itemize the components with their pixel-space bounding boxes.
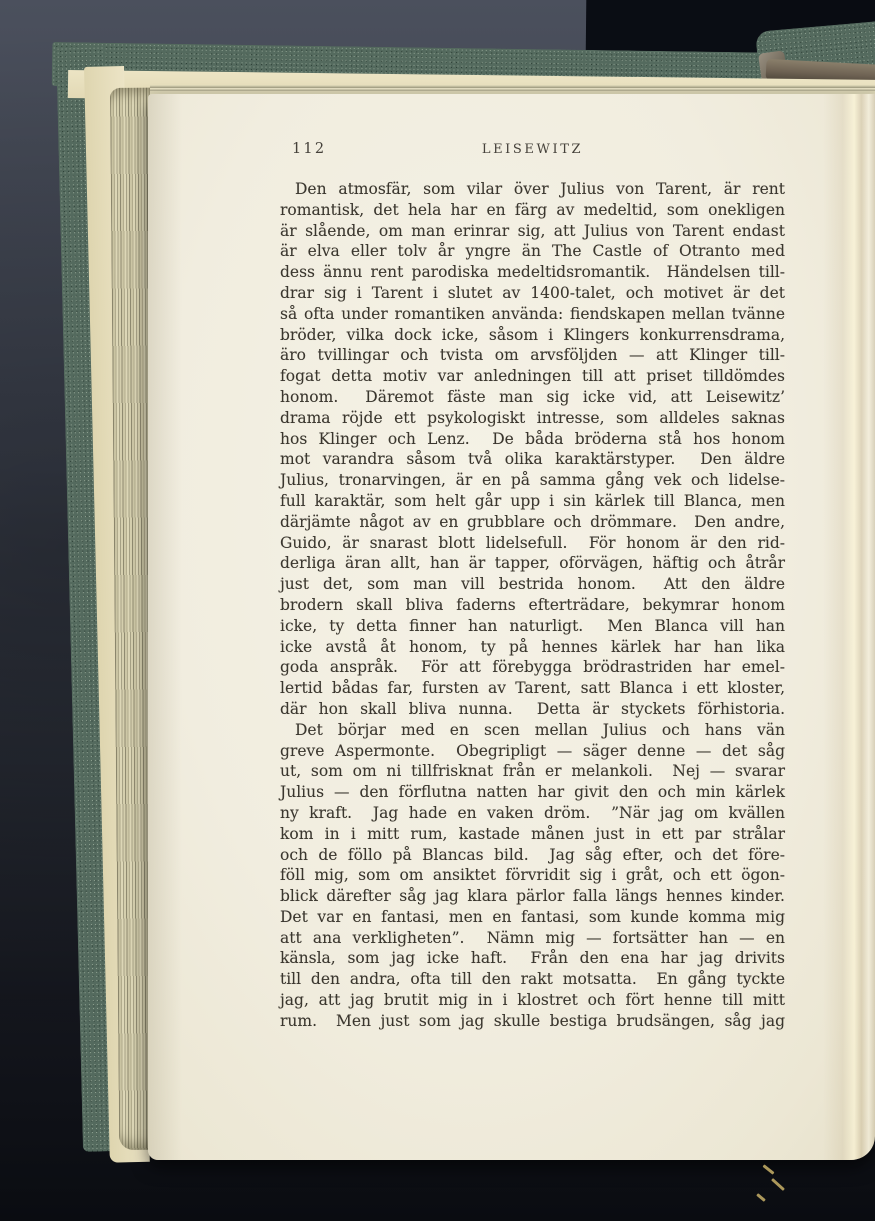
text-line: greve Aspermonte. Obegripligt — säger de… [280, 741, 785, 762]
page-header: 112 LEISEWITZ [280, 141, 785, 159]
text-line: så ofta under romantiken använda: fiends… [280, 304, 785, 325]
text-line: fogat detta motiv var anledningen till a… [280, 366, 785, 387]
text-line: just det, som man vill bestrida honom. A… [280, 574, 785, 595]
text-line: brodern skall bliva faderns efterträdare… [280, 595, 785, 616]
text-line: dess ännu rent parodiska medeltidsromant… [280, 262, 785, 283]
text-line: blick därefter såg jag klara pärlor fall… [280, 886, 785, 907]
text-line: full karaktär, som helt går upp i sin kä… [280, 491, 785, 512]
text-line: känsla, som jag icke haft. Från den ena … [280, 948, 785, 969]
text-line: därjämte något av en grubblare och drömm… [280, 512, 785, 533]
text-line: Julius — den förflutna natten har givit … [280, 782, 785, 803]
text-line: jag, att jag brutit mig in i klostret oc… [280, 990, 785, 1011]
text-line: Julius, tronarvingen, är en på samma gån… [280, 470, 785, 491]
text-line: honom. Däremot fäste man sig icke vid, a… [280, 387, 785, 408]
text-line: ny kraft. Jag hade en vaken dröm. ”När j… [280, 803, 785, 824]
text-line: lertid bådas far, fursten av Tarent, sat… [280, 678, 785, 699]
text-line: rum. Men just som jag skulle bestiga bru… [280, 1011, 785, 1032]
text-line: ut, som om ni tillfrisknat från er melan… [280, 761, 785, 782]
text-line: Det börjar med en scen mellan Julius och… [280, 720, 785, 741]
text-line: Den atmosfär, som vilar över Julius von … [280, 179, 785, 200]
text-line: derliga äran allt, han är tapper, oförvä… [280, 553, 785, 574]
text-block: Den atmosfär, som vilar över Julius von … [280, 179, 785, 1032]
book-photo: 112 LEISEWITZ Den atmosfär, som vilar öv… [0, 0, 875, 1221]
text-line: äro tvillingar och tvista om arvsföljden… [280, 345, 785, 366]
text-line: och de föllo på Blancas bild. Jag såg ef… [280, 845, 785, 866]
text-line: hos Klinger och Lenz. De båda bröderna s… [280, 429, 785, 450]
running-header: LEISEWITZ [280, 142, 785, 157]
page-gutter-shadow [823, 94, 875, 1160]
text-line: romantisk, det hela har en färg av medel… [280, 200, 785, 221]
text-line: till den andra, ofta till den rakt motsa… [280, 969, 785, 990]
text-line: goda anspråk. För att förebygga brödrast… [280, 657, 785, 678]
text-line: är elva eller tolv år yngre än The Castl… [280, 241, 785, 262]
text-line: drar sig i Tarent i slutet av 1400-talet… [280, 283, 785, 304]
text-line: är slående, om man erinrar sig, att Juli… [280, 221, 785, 242]
text-line: icke, ty detta finner han naturligt. Men… [280, 616, 785, 637]
text-line: kom in i mitt rum, kastade månen just in… [280, 824, 785, 845]
text-line: bröder, vilka dock icke, såsom i Klinger… [280, 325, 785, 346]
text-line: Det var en fantasi, men en fantasi, som … [280, 907, 785, 928]
text-line: föll mig, som om ansiktet förvridit sig … [280, 865, 785, 886]
text-line: där hon skall bliva nunna. Detta är styc… [280, 699, 785, 720]
text-line: icke avstå åt honom, ty på hennes kärlek… [280, 637, 785, 658]
text-line: mot varandra såsom två olika karaktärsty… [280, 449, 785, 470]
text-line: Guido, är snarast blott lidelsefull. För… [280, 533, 785, 554]
text-line: att ana verkligheten”. Nämn mig — fortsä… [280, 928, 785, 949]
text-line: drama röjde ett psykologiskt intresse, s… [280, 408, 785, 429]
